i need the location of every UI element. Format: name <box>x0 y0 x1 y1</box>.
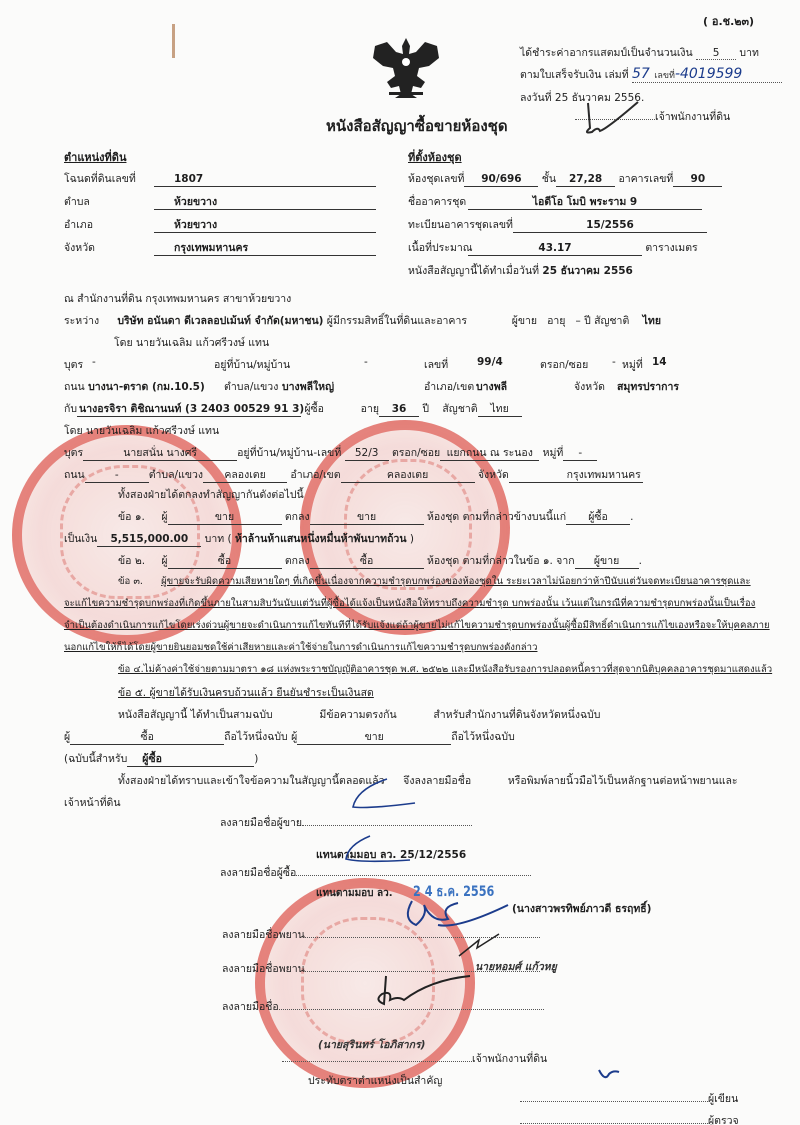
buyer-age: 36 <box>379 403 419 417</box>
seller-subdistrict-label: ตำบล/แขวง <box>224 378 278 395</box>
seal-note: ประทับตราตำแหน่งเป็นสำคัญ <box>308 1072 442 1089</box>
copies-count: หนังสือสัญญานี้ ได้ทำเป็นสามฉบับ <box>118 709 273 721</box>
clause-1-party: ขาย <box>168 511 282 525</box>
clause-2-rest: ห้องชุด ตามที่กล่าวในข้อ ๑. จาก <box>427 555 575 567</box>
seller-province: สมุทรปราการ <box>617 378 679 395</box>
copies-line-2: ผู้ซื้อถือไว้หนึ่งฉบับ ผู้ขายถือไว้หนึ่ง… <box>64 728 515 745</box>
building-name-value: ไอดีโอ โมบิ พระราม 9 <box>468 196 702 210</box>
clause-1-to: ผู้ซื้อ <box>566 511 630 525</box>
buyer-soi: แยกถนน ณ ระนอง <box>440 447 539 461</box>
copies-hold-2: ถือไว้หนึ่งฉบับ <box>451 731 515 743</box>
witness-1-label: ลงลายมือชื่อพยาน <box>222 929 305 941</box>
terms-intro: ทั้งสองฝ่ายได้ตกลงทำสัญญากันดังต่อไปนี้ <box>118 486 304 503</box>
buyer-nationality: ไทย <box>478 403 522 417</box>
subdistrict-value: ห้วยขวาง <box>154 196 376 210</box>
clause-2: ข้อ ๒. ผู้ซื้อ ตกลงซื้อ ห้องชุด ตามที่กล… <box>118 552 642 569</box>
signer-line: ลงลายมือชื่อ <box>222 998 544 1015</box>
stamp-duty-line: ได้ชำระค่าอากรแสตมป์เป็นจำนวนเงิน 5 บาท <box>520 44 759 61</box>
unit-row-1: ห้องชุดเลขที่90/696 ชั้น27,28 อาคารเลขที… <box>408 170 722 187</box>
seller-village-label: อยู่ที่บ้าน/หมู่บ้าน <box>214 356 290 373</box>
proxy-note-2: แทนตามมอบ ลว. <box>316 886 393 901</box>
buyer-district-label: อำเภอ/เขต <box>290 469 340 481</box>
stamp-duty-amount: 5 <box>713 47 720 59</box>
seller-road-label: ถนน <box>64 381 85 393</box>
seller-district-label: อำเภอ/เขต <box>424 378 474 395</box>
seller-province-label: จังหวัด <box>574 378 605 395</box>
seller-child-of: - <box>92 356 96 368</box>
seller-address-1: บุตร - อยู่ที่บ้าน/หมู่บ้าน - เลขที่ 99/… <box>64 356 764 373</box>
district-label: อำเภอ <box>64 216 154 233</box>
buyer-by-line: โดย นายวันเฉลิม แก้วศรีวงษ์ แทน <box>64 422 219 439</box>
seller-house-no-label: เลขที่ <box>424 356 448 373</box>
witness-2-label: ลงลายมือชื่อพยาน <box>222 963 305 975</box>
unit-no-value: 90/696 <box>464 173 538 187</box>
receipt-no-label: เลขที่ <box>654 71 675 81</box>
seller-moo: 14 <box>652 356 667 368</box>
witness-2-line: ลงลายมือชื่อพยาน <box>222 960 540 977</box>
clause-3-line-2: จะแก้ไขความชำรุดบกพร่องที่เกิดขึ้นภายในส… <box>64 596 755 611</box>
contract-date-line: หนังสือสัญญานี้ได้ทำเมื่อวันที่ 25 ธันวา… <box>408 262 633 279</box>
price-words: ห้าล้านห้าแสนหนึ่งหมื่นห้าพันบาทถ้วน <box>235 533 407 545</box>
clause-1-agree: ตกลง <box>285 511 310 523</box>
seller-subdistrict: บางพลีใหญ่ <box>282 378 334 395</box>
seller-name: บริษัท อนันดา ดีเวลลอปเม้นท์ จำกัด(มหาชน… <box>117 315 323 327</box>
clause-2-num: ข้อ ๒. <box>118 552 158 569</box>
buyer-role: ผู้ซื้อ <box>304 403 324 415</box>
this-copy-close: ) <box>254 753 258 765</box>
seller-by-line: โดย นายวันเฉลิม แก้วศรีวงษ์ แทน <box>114 334 269 351</box>
buyer-road: - <box>85 469 149 483</box>
garuda-emblem-icon <box>369 36 443 102</box>
clause-3-line-4: นอกแก้ไขให้ก็ได้โดยผู้ขายยินยอมชดใช้ค่าเ… <box>64 640 537 655</box>
buyer-province-label: จังหวัด <box>478 469 509 481</box>
seller-line: ระหว่าง บริษัท อนันดา ดีเวลลอปเม้นท์ จำก… <box>64 312 661 329</box>
buyer-road-label: ถนน <box>64 469 85 481</box>
subdistrict-label: ตำบล <box>64 193 154 210</box>
seller-district: บางพลี <box>476 378 507 395</box>
price-currency: บาท ( <box>205 533 232 545</box>
deed-value: 1807 <box>154 173 376 187</box>
clause-3: ข้อ ๓. ผู้ขายจะรับผิดความเสียหายใดๆ ที่เ… <box>118 574 751 589</box>
with-label: กับ <box>64 403 77 415</box>
buyer-age-label: อายุ <box>361 403 379 415</box>
province-label: จังหวัด <box>64 239 154 256</box>
seller-role: ผู้ขาย <box>512 315 537 327</box>
buyer-province: กรุงเทพมหานคร <box>509 469 643 483</box>
seller-soi-label: ตรอก/ซอย <box>540 356 588 373</box>
receipt-book-label: ตามใบเสร็จรับเงิน เล่มที่ <box>520 69 629 81</box>
buyer-moo-label: หมู่ที่ <box>543 447 564 459</box>
building-no-label: อาคารเลขที่ <box>618 173 673 185</box>
clause-5: ข้อ ๕. ผู้ขายได้รับเงินครบถ้วนแล้ว ยืนยั… <box>118 684 374 701</box>
clause-2-agree: ตกลง <box>285 555 310 567</box>
checker-label: ผู้ตรวจ <box>708 1115 739 1125</box>
seller-house-no: 99/4 <box>477 356 503 368</box>
area-unit: ตารางเมตร <box>645 242 697 254</box>
building-no-value: 90 <box>673 173 722 187</box>
seller-signature-line: ลงลายมือชื่อผู้ขาย <box>220 814 472 831</box>
officer-line: เจ้าพนักงานที่ดิน <box>282 1050 547 1067</box>
price-label: เป็นเงิน <box>64 533 97 545</box>
price-value: 5,515,000.00 <box>97 533 201 547</box>
area-label: เนื้อที่ประมาณ <box>408 239 468 256</box>
writer-initial <box>595 1064 625 1084</box>
buyer-name: นางอรจิรา ติชิณานนท์ (3 2403 00529 91 3) <box>77 403 301 417</box>
receipt-no-value: -4019599 <box>675 66 742 82</box>
buyer-line: กับนางอรจิรา ติชิณานนท์ (3 2403 00529 91… <box>64 400 522 417</box>
this-copy-label: (ฉบับนี้สำหรับ <box>64 753 127 765</box>
buyer-village-label: อยู่ที่บ้าน/หมู่บ้าน-เลขที่ <box>237 447 341 459</box>
copies-hold-1: ถือไว้หนึ่งฉบับ <box>224 731 288 743</box>
clause-1: ข้อ ๑. ผู้ขาย ตกลงขาย ห้องชุด ตามที่กล่า… <box>118 508 633 525</box>
clause-1-rest: ห้องชุด ตามที่กล่าวข้างบนนี้แก่ <box>427 511 566 523</box>
between-label: ระหว่าง <box>64 312 114 329</box>
proxy-note: แทนตามมอบ ลว. 25/12/2556 <box>316 846 466 863</box>
seller-nationality-label: สัญชาติ <box>594 315 629 327</box>
stamp-duty-date: ลงวันที่ 25 ธันวาคม 2556. <box>520 89 644 106</box>
seller-role-desc: ผู้มีกรรมสิทธิ์ในที่ดินและอาคาร <box>327 315 467 327</box>
clause-2-from: ผู้ขาย <box>575 555 639 569</box>
witness-1-line: ลงลายมือชื่อพยาน <box>222 926 540 943</box>
ack-sign: จึงลงลายมือชื่อ <box>403 775 471 787</box>
unit-row-4: เนื้อที่ประมาณ43.17 ตารางเมตร <box>408 239 698 256</box>
buyer-soi-label: ตรอก/ซอย <box>392 447 440 459</box>
land-location-heading: ตำแหน่งที่ดิน <box>64 148 126 166</box>
clause-4: ข้อ ๔.ไม่ค้างค่าใช้จ่ายตามมาตรา ๑๘ แห่งพ… <box>118 662 772 677</box>
copies-line-3: (ฉบับนี้สำหรับผู้ซื้อ) <box>64 750 258 767</box>
district-value: ห้วยขวาง <box>154 219 376 233</box>
copies-seller: ขาย <box>297 731 451 745</box>
checker-line: ผู้ตรวจ <box>520 1112 739 1125</box>
ack-understood: ทั้งสองฝ่ายได้ทราบและเข้าใจข้อความในสัญญ… <box>118 775 384 787</box>
buyer-moo: - <box>563 447 597 461</box>
copies-buyer: ซื้อ <box>70 731 224 745</box>
seller-age: – <box>575 315 580 327</box>
receipt-book-value: 57 <box>632 66 650 82</box>
writer-line: ผู้เขียน <box>520 1090 738 1107</box>
seller-address-2: ถนน บางนา-ตราด (กม.10.5) ตำบล/แขวง บางพล… <box>64 378 764 395</box>
unit-no-label: ห้องชุดเลขที่ <box>408 173 464 185</box>
acknowledgement-line-2: เจ้าหน้าที่ดิน <box>64 794 121 811</box>
price-close: ) <box>410 533 414 545</box>
buyer-subdistrict: คลองเตย <box>203 469 287 483</box>
date-stamp: 2 4 ธ.ค. 2556 <box>413 881 494 903</box>
clause-2-action: ซื้อ <box>310 555 424 569</box>
signer-label: ลงลายมือชื่อ <box>222 1001 279 1013</box>
buyer-signature-line: ลงลายมือชื่อผู้ซื้อ <box>220 864 531 881</box>
registration-label: ทะเบียนอาคารชุดเลขที่ <box>408 219 513 231</box>
unit-row-2: ชื่ออาคารชุดไอดีโอ โมบิ พระราม 9 <box>408 193 702 210</box>
stamp-duty-officer-label: เจ้าพนักงานที่ดิน <box>655 111 730 123</box>
buyer-child-of-label: บุตร <box>64 447 83 459</box>
form-code: ( อ.ช.๒๓) <box>703 12 754 30</box>
unit-row-3: ทะเบียนอาคารชุดเลขที่15/2556 <box>408 216 707 233</box>
seller-year-label: ปี <box>584 315 591 327</box>
buyer-nationality-label: สัญชาติ <box>442 403 477 415</box>
seller-soi: - <box>612 356 616 368</box>
buyer-subdistrict-label: ตำบล/แขวง <box>149 469 203 481</box>
copies-match: มีข้อความตรงกัน <box>319 709 396 721</box>
officer-label: เจ้าพนักงานที่ดิน <box>472 1053 547 1065</box>
seller-signature-label: ลงลายมือชื่อผู้ขาย <box>220 817 302 829</box>
stamp-duty-currency: บาท <box>739 47 758 59</box>
clause-1-action: ขาย <box>310 511 424 525</box>
seller-village: - <box>364 356 368 368</box>
deed-label: โฉนดที่ดินเลขที่ <box>64 170 154 187</box>
buyer-district: คลองเตย <box>341 469 475 483</box>
clause-2-party: ซื้อ <box>168 555 282 569</box>
registration-value: 15/2556 <box>513 219 707 233</box>
contract-date-value: 25 ธันวาคม 2556 <box>542 265 632 277</box>
stamp-duty-officer-line: เจ้าพนักงานที่ดิน <box>575 108 730 125</box>
clause-3-num: ข้อ ๓. <box>118 574 158 589</box>
this-copy-value: ผู้ซื้อ <box>127 753 254 767</box>
floor-label: ชั้น <box>542 173 556 185</box>
buyer-year-label: ปี <box>422 403 429 415</box>
paper-mark <box>172 24 175 58</box>
land-row-province: จังหวัดกรุงเทพมหานคร <box>64 239 376 256</box>
land-row-subdistrict: ตำบลห้วยขวาง <box>64 193 376 210</box>
ack-fingerprint: หรือพิมพ์ลายนิ้วมือไว้เป็นหลักฐานต่อหน้า… <box>508 775 738 787</box>
seller-child-of-label: บุตร <box>64 359 83 371</box>
receipt-line: ตามใบเสร็จรับเงิน เล่มที่ 57 เลขที่-4019… <box>520 66 782 83</box>
land-row-district: อำเภอห้วยขวาง <box>64 216 376 233</box>
office-line: ณ สำนักงานที่ดิน กรุงเทพมหานคร สาขาห้วยข… <box>64 290 291 307</box>
writer-label: ผู้เขียน <box>708 1093 738 1105</box>
seller-nationality: ไทย <box>643 315 661 327</box>
buyer-child-of: นายสนั่น นางศรี <box>83 447 237 461</box>
clause-1-num: ข้อ ๑. <box>118 508 158 525</box>
clause-3-line-1: ผู้ขายจะรับผิดความเสียหายใดๆ ที่เกิดขึ้น… <box>161 576 751 587</box>
witness-name-1: (นางสาวพรทิพย์ภาวดี ธรฤทธิ์) <box>512 900 651 917</box>
building-name-label: ชื่ออาคารชุด <box>408 193 468 210</box>
copies-line-1: หนังสือสัญญานี้ ได้ทำเป็นสามฉบับ มีข้อคว… <box>118 706 600 723</box>
contract-date-label: หนังสือสัญญานี้ได้ทำเมื่อวันที่ <box>408 265 539 277</box>
unit-location-heading: ที่ตั้งห้องชุด <box>408 148 462 166</box>
acknowledgement-line-1: ทั้งสองฝ่ายได้ทราบและเข้าใจข้อความในสัญญ… <box>118 772 738 789</box>
floor-value: 27,28 <box>556 173 615 187</box>
stamp-duty-label: ได้ชำระค่าอากรแสตมป์เป็นจำนวนเงิน <box>520 47 693 59</box>
province-value: กรุงเทพมหานคร <box>154 242 376 256</box>
price-line: เป็นเงิน5,515,000.00 บาท ( ห้าล้านห้าแสน… <box>64 530 414 547</box>
buyer-address-1: บุตรนายสนั่น นางศรีอยู่ที่บ้าน/หมู่บ้าน-… <box>64 444 597 461</box>
seller-moo-label: หมู่ที่ <box>622 356 643 373</box>
seller-road: บางนา-ตราด (กม.10.5) <box>88 381 205 393</box>
document-title: หนังสือสัญญาซื้อขายห้องชุด <box>326 114 508 138</box>
land-row-deed: โฉนดที่ดินเลขที่1807 <box>64 170 376 187</box>
buyer-address-2: ถนน-ตำบล/แขวงคลองเตย อำเภอ/เขตคลองเตย จั… <box>64 466 643 483</box>
area-value: 43.17 <box>468 242 642 256</box>
clause-3-line-3: จำเป็นต้องดำเนินการแก้ไขโดยเร่งด่วนผู้ขา… <box>64 618 770 633</box>
buyer-signature-label: ลงลายมือชื่อผู้ซื้อ <box>220 867 296 879</box>
seller-age-label: อายุ <box>547 315 565 327</box>
buyer-house-no: 52/3 <box>345 447 389 461</box>
copies-office: สำหรับสำนักงานที่ดินจังหวัดหนึ่งฉบับ <box>433 709 600 721</box>
